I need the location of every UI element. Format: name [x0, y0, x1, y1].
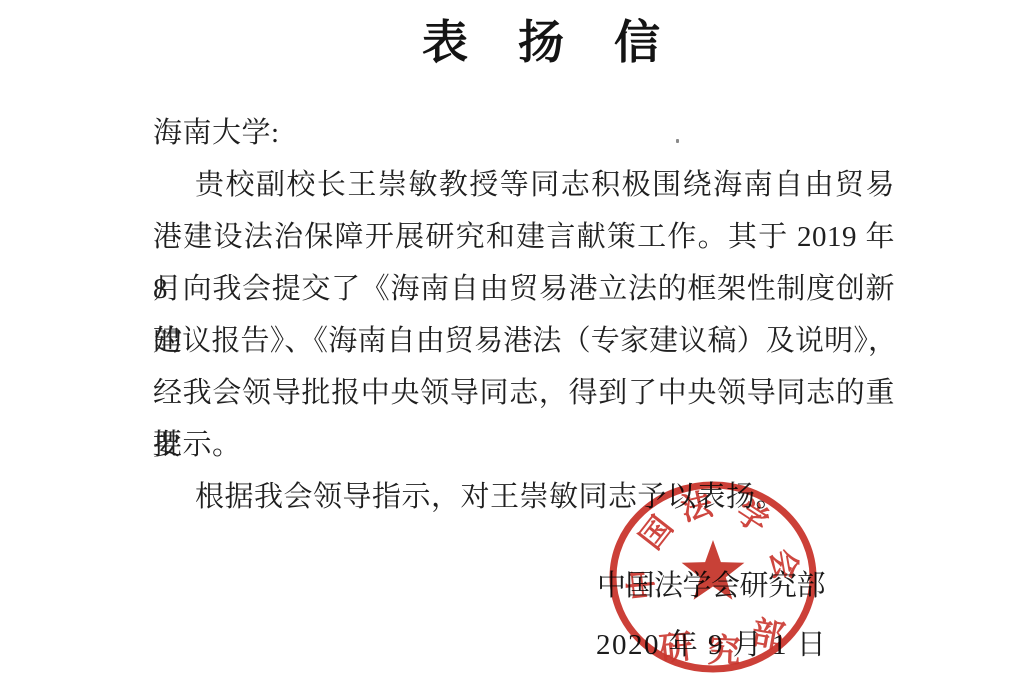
salutation: 海南大学: [153, 107, 895, 159]
seal-arc-char: 会 [764, 546, 804, 583]
document-title: 表 扬 信 [30, 6, 1024, 72]
seal-bottom-char: 究 [707, 631, 741, 670]
seal-arc-char: 法 [678, 486, 717, 527]
letter-body: 海南大学: 贵校副校长王崇敏教授等同志积极围绕海南自由贸易 港建设法治保障开展研… [153, 107, 895, 523]
seal-star-icon [682, 540, 745, 600]
seal-arc-char: 中 [622, 567, 660, 601]
body-line: 月向我会提交了《海南自由贸易港立法的框架性制度创新的 [153, 263, 895, 315]
seal-bottom-char: 部 [749, 614, 788, 656]
body-line: 贵校副校长王崇敏教授等同志积极围绕海南自由贸易 [153, 159, 895, 211]
seal-bottom-char: 研 [658, 629, 695, 668]
letter-page: 表 扬 信 海南大学: 贵校副校长王崇敏教授等同志积极围绕海南自由贸易 港建设法… [0, 0, 1024, 682]
body-line: 经我会领导批报中央领导同志，得到了中央领导同志的重要 [153, 367, 895, 419]
official-seal: 中 国 法 学 会 研 究 部 [601, 473, 825, 681]
body-line: 港建设法治保障开展研究和建言献策工作。其于 2019 年 8 [153, 211, 895, 263]
body-line: 建议报告》、《海南自由贸易港法（专家建议稿）及说明》， [153, 315, 895, 367]
scan-speck [676, 139, 679, 143]
body-line: 批示。 [153, 419, 895, 471]
